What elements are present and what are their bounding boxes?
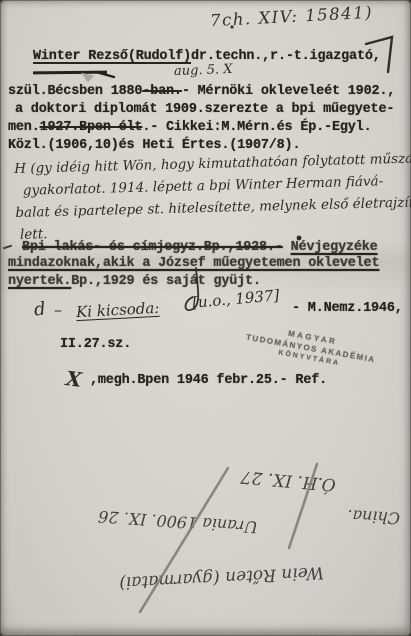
hand-ki-kicsoda-ref: [u.o., 1937] [191, 286, 280, 312]
birth-text: szül.Bécsben 1880 [8, 84, 142, 99]
biblio-rest: Bp.,1929 és saját gyüjt. [71, 274, 261, 289]
biblio-line-2: mindazoknak,akik a József műegyetemen ok… [8, 256, 379, 271]
biblio-title-end: nyertek. [8, 274, 71, 289]
biblio-line-1: Bpi lakás- és címjegyz.Bp.,1928.- Névjeg… [22, 240, 378, 255]
hand-ki-kicsoda: Ki kicsoda: [76, 299, 160, 321]
typed-source-ref: - M.Nemz.1946, [292, 301, 403, 316]
residence-struck: 1927.Bpen élt [40, 120, 143, 135]
typed-line-doctorate: a doktori diplomát 1909.szerezte a bpi m… [15, 102, 394, 117]
biblio-line-3: nyertek.Bp.,1929 és saját gyüjt. [8, 274, 261, 289]
birth-rest: - Mérnöki okleveleét 1902., [182, 84, 395, 99]
residence-rest: .- Cikkei:M.Mérn.és Ép.-Egyl. [142, 120, 371, 135]
reversed-note-china: China. [330, 505, 401, 528]
title-line: Winter Rezső(Rudolf)dr.techn.,r.-t.igazg… [33, 49, 381, 64]
biblio-struck: Bpi lakás- és címjegyz.Bp.,1928.- [22, 240, 283, 255]
shelf-number-handwritten: 7ch. XIV: 15841) [210, 3, 374, 31]
typed-source-ref-issue: II.27.sz. [60, 337, 131, 352]
typed-death-line: ,megh.Bpen 1946 febr.25.- Ref. [90, 373, 327, 388]
hand-death-mark: X [65, 366, 83, 392]
residence-pre: men. [8, 120, 40, 135]
reversed-note-wein: Wein Rőten (gyarmatai) [96, 562, 325, 594]
birth-date-correction: aug. 5. X [174, 62, 233, 79]
catalog-card: 7ch. XIV: 15841) Winter Rezső(Rudolf)dr.… [0, 0, 411, 636]
handwritten-note-block: H (gy idéig hitt Wön, hogy kimutathatóan… [14, 147, 411, 246]
typed-line-birth: szül.Bécsben 1880-ban.- Mérnöki oklevele… [8, 84, 395, 99]
title-name: Winter Rezső(Rudolf) [33, 49, 191, 64]
reversed-note-date: Ó.H. IX. 27 [185, 462, 336, 495]
hand-dash: – [54, 300, 62, 319]
hand-d-mark: d [33, 298, 47, 320]
margin-dash-mark [3, 245, 12, 250]
typed-line-residence: men.1927.Bpen élt.- Cikkei:M.Mérn.és Ép.… [8, 120, 371, 135]
library-stamp: MAGYAR TUDOMÁNYOS AKADÉMIA KÖNYVTÁRA [231, 320, 392, 376]
double-underline-mark [33, 71, 107, 75]
reversed-note-urania: Urania 1900. IX. 26 [32, 502, 259, 537]
birth-struck: -ban. [142, 84, 182, 99]
biblio-title-start: Névjegyzéke [291, 240, 378, 255]
ink-smudge [79, 73, 94, 84]
